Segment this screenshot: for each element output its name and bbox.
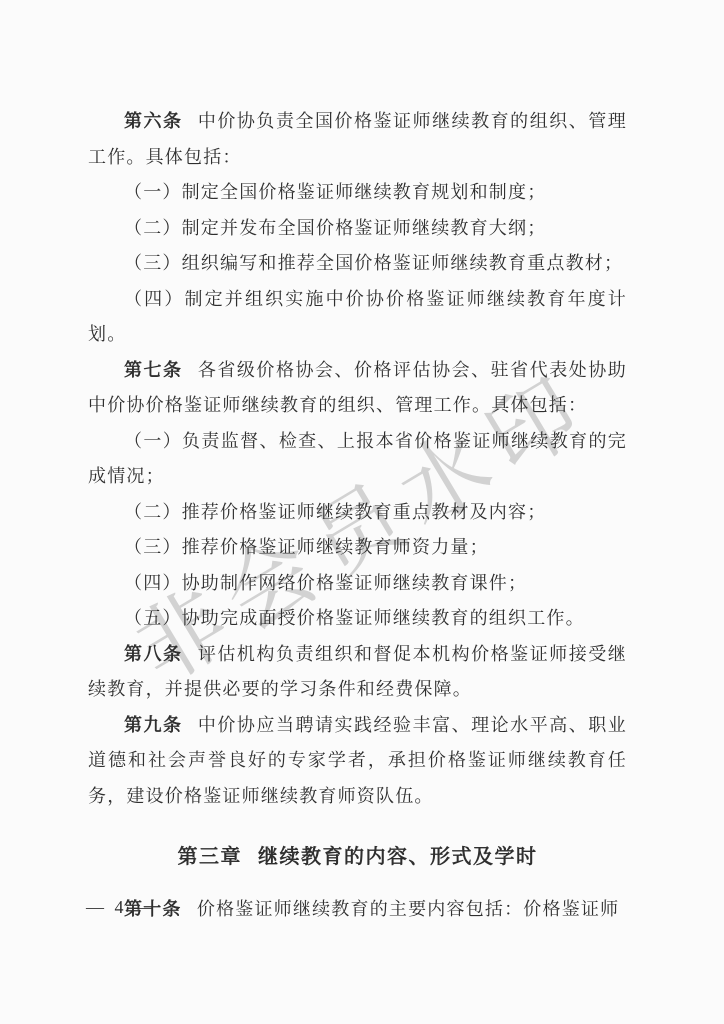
paragraph-text: （二）制定并发布全国价格鉴证师继续教育大纲；: [124, 218, 546, 238]
paragraph-text: （四）制定并组织实施中价协价格鉴证师继续教育年度计划。: [88, 289, 627, 345]
article-number: 第九条: [124, 715, 183, 735]
paragraph: （四）制定并组织实施中价协价格鉴证师继续教育年度计划。: [88, 282, 627, 353]
paragraph: （四）协助制作网络价格鉴证师继续教育课件；: [88, 566, 627, 602]
paragraph: 第七条各省级价格协会、价格评估协会、驻省代表处协助中价协价格鉴证师继续教育的组织…: [88, 353, 627, 424]
document-body: 第六条中价协负责全国价格鉴证师继续教育的组织、管理工作。具体包括：（一）制定全国…: [88, 104, 627, 927]
article-number: 第七条: [124, 360, 183, 380]
paragraph: （一）负责监督、检查、上报本省价格鉴证师继续教育的完成情况；: [88, 424, 627, 495]
chapter-heading: 第三章继续教育的内容、形式及学时: [88, 840, 627, 876]
paragraph-text: 继续教育的内容、形式及学时: [258, 846, 538, 868]
page-number: — 4 —: [86, 897, 155, 918]
paragraph: （二）制定并发布全国价格鉴证师继续教育大纲；: [88, 211, 627, 247]
article-number: 第六条: [124, 111, 183, 131]
paragraph-text: （三）组织编写和推荐全国价格鉴证师继续教育重点教材；: [124, 253, 623, 273]
paragraph-text: （三）推荐价格鉴证师继续教育师资力量；: [124, 537, 489, 557]
paragraph: （五）协助完成面授价格鉴证师继续教育的组织工作。: [88, 601, 627, 637]
paragraph: 第九条中价协应当聘请实践经验丰富、理论水平高、职业道德和社会声誉良好的专家学者，…: [88, 708, 627, 815]
paragraph-text: （二）推荐价格鉴证师继续教育重点教材及内容；: [124, 502, 546, 522]
paragraph: （一）制定全国价格鉴证师继续教育规划和制度；: [88, 175, 627, 211]
paragraph: （三）推荐价格鉴证师继续教育师资力量；: [88, 530, 627, 566]
paragraph-text: （一）制定全国价格鉴证师继续教育规划和制度；: [124, 182, 546, 202]
paragraph: 第八条评估机构负责组织和督促本机构价格鉴证师接受继续教育，并提供必要的学习条件和…: [88, 637, 627, 708]
article-number: 第八条: [124, 644, 183, 664]
document-page: 非会员水印 第六条中价协负责全国价格鉴证师继续教育的组织、管理工作。具体包括：（…: [0, 0, 724, 1024]
paragraph-text: （一）负责监督、检查、上报本省价格鉴证师继续教育的完成情况；: [88, 431, 627, 487]
paragraph: 第十条价格鉴证师继续教育的主要内容包括：价格鉴证师: [88, 892, 627, 928]
paragraph: （三）组织编写和推荐全国价格鉴证师继续教育重点教材；: [88, 246, 627, 282]
paragraph-text: 价格鉴证师继续教育的主要内容包括：价格鉴证师: [197, 899, 619, 919]
paragraph-text: （五）协助完成面授价格鉴证师继续教育的组织工作。: [124, 608, 585, 628]
chapter-number: 第三章: [178, 846, 243, 868]
paragraph: （二）推荐价格鉴证师继续教育重点教材及内容；: [88, 495, 627, 531]
paragraph: 第六条中价协负责全国价格鉴证师继续教育的组织、管理工作。具体包括：: [88, 104, 627, 175]
paragraph-text: （四）协助制作网络价格鉴证师继续教育课件；: [124, 573, 527, 593]
